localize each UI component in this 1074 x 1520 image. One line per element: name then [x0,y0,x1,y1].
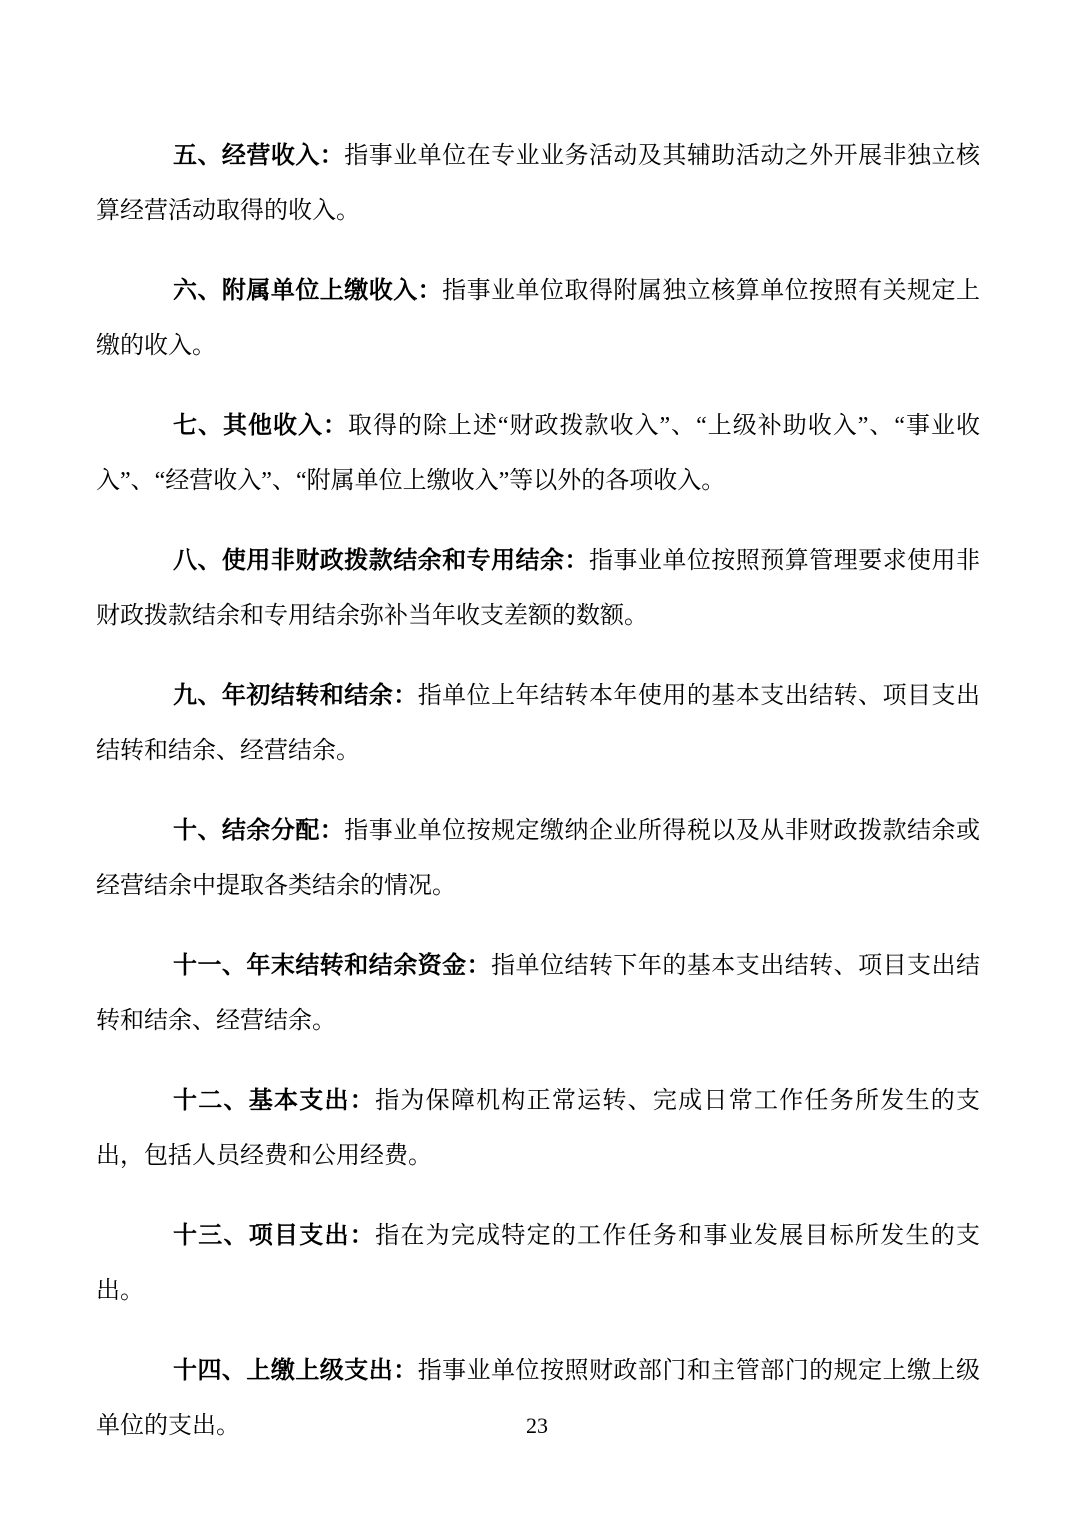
term-label: 九、年初结转和结余： [173,683,418,709]
term-label: 七、其他收入： [173,413,348,439]
page-number: 23 [0,1414,1074,1438]
term-label: 十四、上缴上级支出： [173,1358,418,1384]
definition-paragraph: 五、经营收入：指事业单位在专业业务活动及其辅助活动之外开展非独立核算经营活动取得… [96,129,980,239]
term-label: 十一、年末结转和结余资金： [173,953,491,979]
definition-paragraph: 六、附属单位上缴收入：指事业单位取得附属独立核算单位按照有关规定上缴的收入。 [96,264,980,374]
definition-paragraph: 九、年初结转和结余：指单位上年结转本年使用的基本支出结转、项目支出结转和结余、经… [96,669,980,779]
definition-paragraph: 十三、项目支出：指在为完成特定的工作任务和事业发展目标所发生的支出。 [96,1209,980,1319]
term-label: 六、附属单位上缴收入： [173,278,442,304]
term-label: 十三、项目支出： [173,1223,375,1249]
document-page: 五、经营收入：指事业单位在专业业务活动及其辅助活动之外开展非独立核算经营活动取得… [0,0,1074,1520]
definition-paragraph: 十一、年末结转和结余资金：指单位结转下年的基本支出结转、项目支出结转和结余、经营… [96,939,980,1049]
term-label: 十、结余分配： [173,818,344,844]
definition-paragraph: 十二、基本支出：指为保障机构正常运转、完成日常工作任务所发生的支出，包括人员经费… [96,1074,980,1184]
term-label: 五、经营收入： [173,143,344,169]
definition-paragraph: 十、结余分配：指事业单位按规定缴纳企业所得税以及从非财政拨款结余或经营结余中提取… [96,804,980,914]
document-body: 五、经营收入：指事业单位在专业业务活动及其辅助活动之外开展非独立核算经营活动取得… [96,129,980,1479]
definition-paragraph: 七、其他收入：取得的除上述“财政拨款收入”、“上级补助收入”、“事业收入”、“经… [96,399,980,509]
term-label: 八、使用非财政拨款结余和专用结余： [173,548,589,574]
term-label: 十二、基本支出： [173,1088,375,1114]
definition-paragraph: 八、使用非财政拨款结余和专用结余：指事业单位按照预算管理要求使用非财政拨款结余和… [96,534,980,644]
